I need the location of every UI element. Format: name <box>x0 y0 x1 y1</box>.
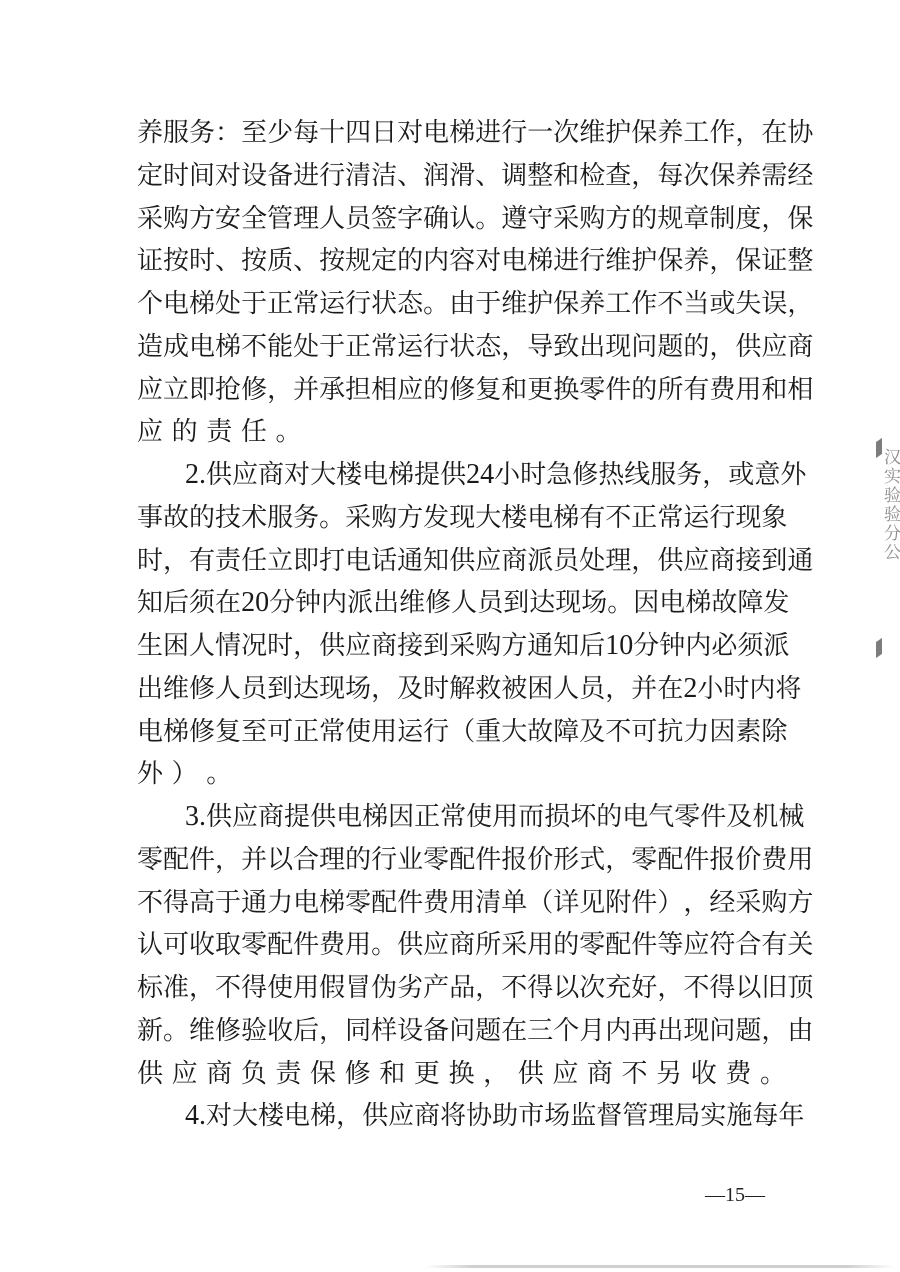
text-line: 标准，不得使用假冒伪劣产品，不得以次充好，不得以旧顶 <box>137 967 765 1010</box>
text-line: 外）。 <box>137 753 765 796</box>
text-line: 个电梯处于正常运行状态。由于维护保养工作不当或失误， <box>137 283 765 326</box>
text-line: 造成电梯不能处于正常运行状态，导致出现问题的，供应商 <box>137 326 765 369</box>
page-number: —15— <box>700 1184 770 1207</box>
text-line: 电梯修复至可正常使用运行（重大故障及不可抗力因素除 <box>137 711 765 754</box>
text-line: 定时间对设备进行清洁、润滑、调整和检查，每次保养需经 <box>137 155 765 198</box>
text-line: 出维修人员到达现场，及时解救被困人员，并在2小时内将 <box>137 668 765 711</box>
text-line: 供应商负责保修和更换，供应商不另收费。 <box>137 1053 765 1096</box>
stamp-edge-mark-bottom <box>876 638 882 658</box>
document-page: 养服务：至少每十四日对电梯进行一次维护保养工作，在协定时间对设备进行清洁、润滑、… <box>0 0 900 1272</box>
text-line: 时，有责任立即打电话通知供应商派员处理，供应商接到通 <box>137 540 765 583</box>
text-line: 零配件，并以合理的行业零配件报价形式，零配件报价费用 <box>137 839 765 882</box>
text-line: 认可收取零配件费用。供应商所采用的零配件等应符合有关 <box>137 924 765 967</box>
side-seal-stamp: 汉实验验分公 <box>870 448 900 638</box>
text-line: 不得高于通力电梯零配件费用清单（详见附件），经采购方 <box>137 882 765 925</box>
text-line: 证按时、按质、按规定的内容对电梯进行维护保养，保证整 <box>137 240 765 283</box>
text-line: 采购方安全管理人员签字确认。遵守采购方的规章制度，保 <box>137 198 765 241</box>
paragraph-first-line: 3.供应商提供电梯因正常使用而损坏的电气零件及机械 <box>137 796 765 839</box>
text-line: 养服务：至少每十四日对电梯进行一次维护保养工作，在协 <box>137 112 765 155</box>
text-line: 生困人情况时，供应商接到采购方通知后10分钟内必须派 <box>137 625 765 668</box>
text-line: 新。维修验收后，同样设备问题在三个月内再出现问题，由 <box>137 1010 765 1053</box>
page-edge-shadow <box>425 1265 895 1268</box>
text-line: 事故的技术服务。采购方发现大楼电梯有不正常运行现象 <box>137 497 765 540</box>
text-line: 知后须在20分钟内派出维修人员到达现场。因电梯故障发 <box>137 582 765 625</box>
text-line: 应立即抢修，并承担相应的修复和更换零件的所有费用和相 <box>137 369 765 412</box>
paragraph-first-line: 4.对大楼电梯，供应商将协助市场监督管理局实施每年 <box>137 1095 765 1138</box>
body-text: 养服务：至少每十四日对电梯进行一次维护保养工作，在协定时间对设备进行清洁、润滑、… <box>137 112 765 1138</box>
text-line: 应的责任。 <box>137 411 765 454</box>
paragraph-first-line: 2.供应商对大楼电梯提供24小时急修热线服务，或意外 <box>137 454 765 497</box>
